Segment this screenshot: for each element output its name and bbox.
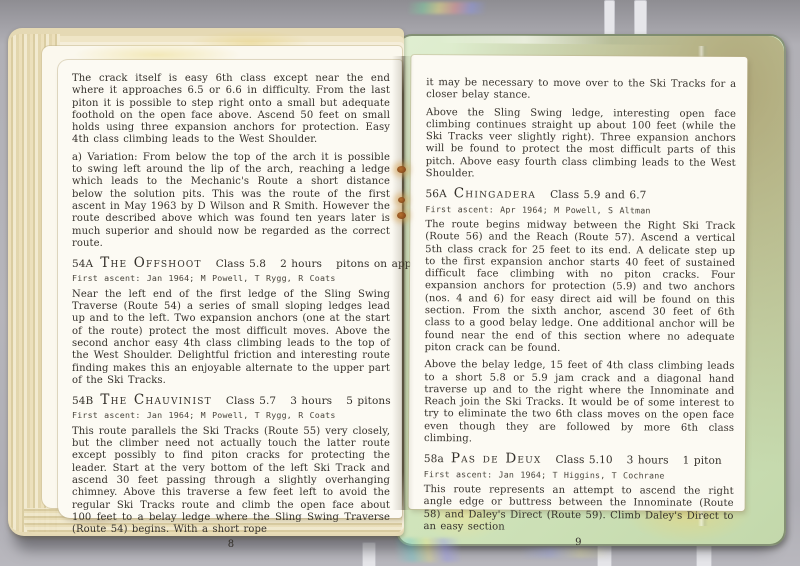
page-number-left: 8 [72,539,390,551]
route-number: 54B [72,395,93,407]
scan-rainbow-artifact-bottom-2 [520,548,610,558]
route-class: Class 5.8 [216,258,266,270]
route-name: The Chauvinist [100,392,211,408]
paragraph: Above the Sling Swing ledge, interesting… [426,107,736,183]
route-time: 3 hours [627,455,669,467]
left-page: The crack itself is easy 6th class excep… [58,60,402,518]
route-description: This route represents an attempt to asce… [423,484,733,535]
route-class: Class 5.10 [556,454,613,466]
route-class: Class 5.9 and 6.7 [550,189,646,202]
route-protection: 1 piton [683,455,722,467]
route-heading-54a: 54AThe OffshootClass 5.82 hourspitons on… [72,257,390,271]
paragraph: a) Variation: From below the top of the … [72,152,390,250]
first-ascent-line: First ascent: Jan 1964; T Higgins, T Coc… [424,468,734,482]
route-protection: 5 pitons [346,395,391,407]
paragraph: The crack itself is easy 6th class excep… [72,73,390,147]
route-number: 56A [426,188,447,200]
first-ascent-line: First ascent: Jan 1964; M Powell, T Rygg… [72,272,390,284]
scan-rainbow-artifact-top [408,2,486,14]
right-page-text: it may be necessary to move over to the … [423,77,736,550]
scanned-book-photo: The crack itself is easy 6th class excep… [0,0,800,566]
right-page: it may be necessary to move over to the … [409,55,748,511]
route-time: 2 hours [280,258,322,270]
route-description: This route parallels the Ski Tracks (Rou… [72,426,390,537]
route-number: 54A [72,258,93,270]
first-ascent-line: First ascent: Apr 1964; M Powell, S Altm… [425,203,735,217]
gutter-fold-line [402,58,404,508]
route-name: Chingadera [454,186,536,203]
route-heading-56a: 56AChingaderaClass 5.9 and 6.7 [425,187,735,203]
route-number: 58a [424,453,444,465]
route-description: Above the belay ledge, 15 feet of 4th cl… [424,359,735,447]
staple-rust-mark-2 [398,197,405,203]
route-name: The Offshoot [100,255,201,271]
first-ascent-line: First ascent: Jan 1964; M Powell, T Rygg… [72,409,390,421]
route-description: The route begins midway between the Righ… [425,219,736,356]
staple-rust-mark-1 [397,166,406,173]
scan-rainbow-artifact-bottom-1 [396,538,460,562]
route-time: 3 hours [290,395,332,407]
route-heading-58a: 58aPas de DeuxClass 5.103 hours1 piton [424,452,734,468]
left-page-text: The crack itself is easy 6th class excep… [72,73,390,552]
route-description: Near the left end of the first ledge of … [72,289,390,387]
route-heading-54b: 54BThe ChauvinistClass 5.73 hours5 piton… [72,394,390,408]
route-class: Class 5.7 [226,395,276,407]
paragraph: it may be necessary to move over to the … [426,77,736,103]
route-name: Pas de Deux [451,451,542,468]
staple-rust-mark-3 [397,212,406,219]
